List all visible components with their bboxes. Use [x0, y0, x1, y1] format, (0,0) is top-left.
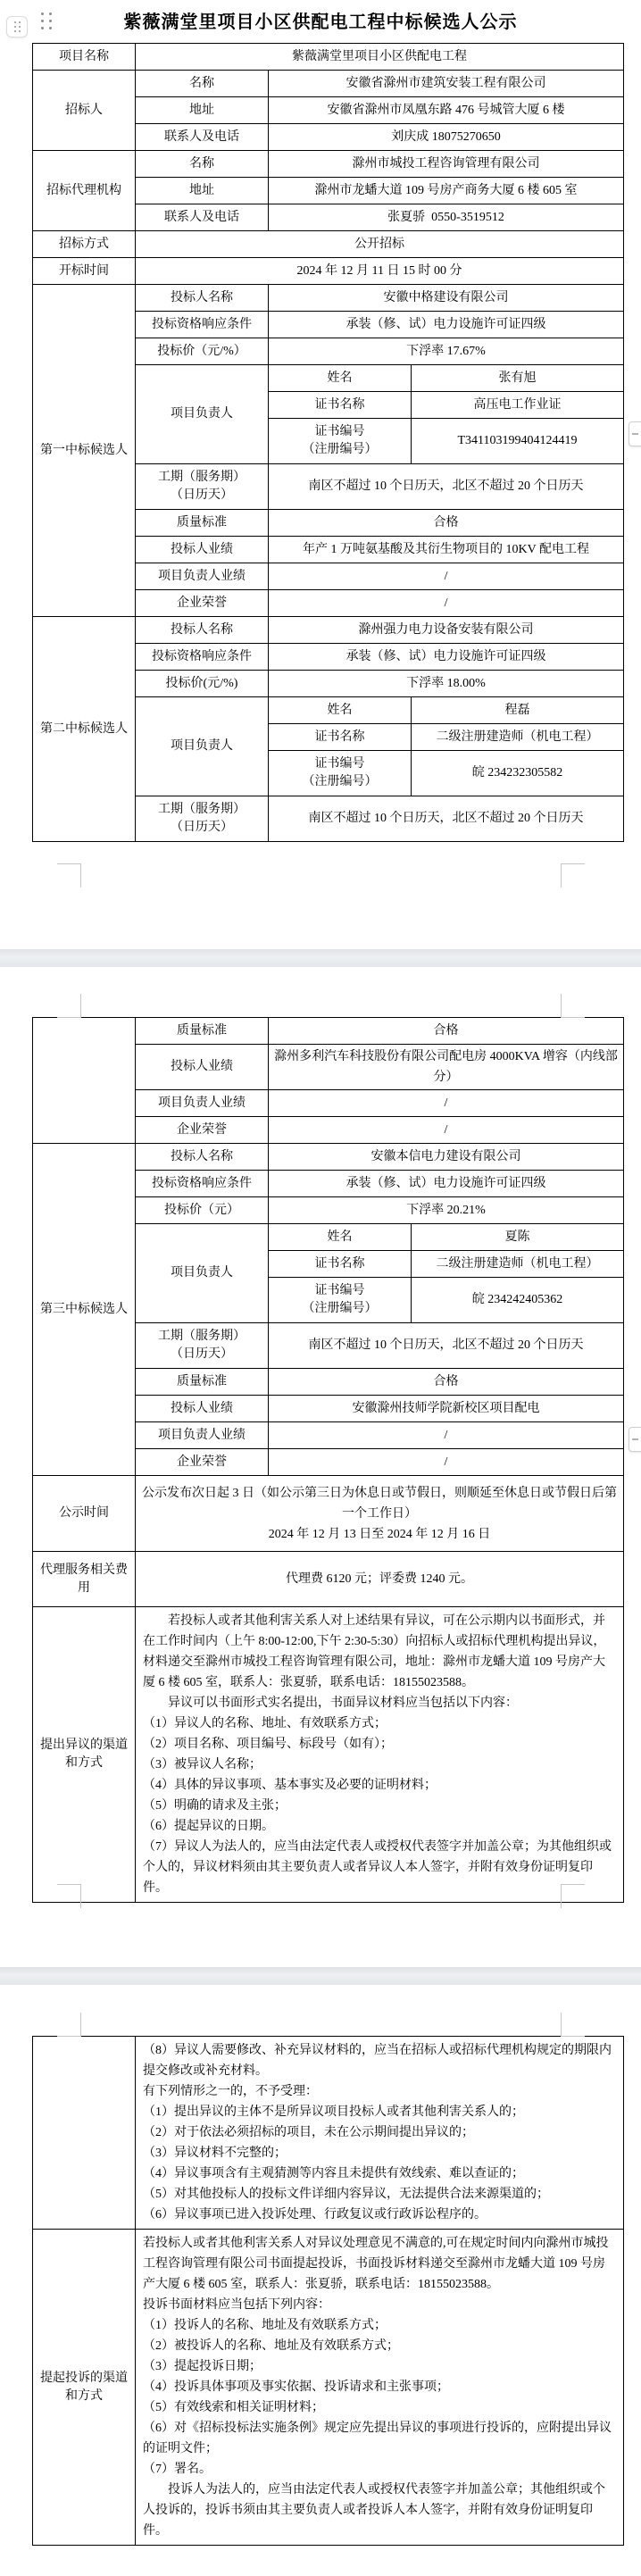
- page3-table: （8）异议人需要修改、补充异议材料的，应当在招标人或招标代理机构规定的期限内提交…: [32, 2036, 624, 2546]
- minus-icon: [632, 1438, 638, 1440]
- cell-value: 承装（修、试）电力设施许可证四级: [269, 644, 624, 671]
- cell-value: 姓名: [269, 1224, 412, 1251]
- minus-icon: [632, 433, 638, 435]
- cell-value: 皖 234232305582: [412, 751, 624, 796]
- cell-label: 项目负责人: [136, 1224, 269, 1323]
- cell-value: /: [269, 590, 624, 617]
- margin-corner-mark: [57, 994, 81, 1018]
- cell-value: 承装（修、试）电力设施许可证四级: [269, 1171, 624, 1197]
- cell-value: 质量标准: [136, 1018, 269, 1045]
- page-break-band: [0, 1967, 641, 1985]
- collapse-widget-button[interactable]: [629, 421, 641, 446]
- margin-corner-mark: [561, 863, 585, 888]
- cell-value: 下浮率 17.67%: [269, 338, 624, 365]
- cell-label: 招标方式: [33, 231, 136, 258]
- margin-corner-mark: [57, 2013, 81, 2037]
- page-title: 紫薇满堂里项目小区供配电工程中标候选人公示: [0, 7, 641, 33]
- cell-value: 滁州强力电力设备安装有限公司: [269, 617, 624, 644]
- cell-value: 合格: [269, 1018, 624, 1045]
- cell-value: 张夏骄 0550-3519512: [269, 204, 624, 231]
- cell-label: 证书编号 （注册编号）: [269, 419, 412, 464]
- cell-label: 招标人: [33, 71, 136, 151]
- cell-label: 工期（服务期） （日历天）: [136, 796, 269, 842]
- cell-value: 安徽省滁州市建筑安装工程有限公司: [269, 71, 624, 97]
- page2-table: 质量标准合格投标人业绩滁州多利汽车科技股份有限公司配电房 4000KVA 增容（…: [32, 1017, 624, 1903]
- cell-label: 投标价(元/%): [136, 671, 269, 697]
- margin-corner-mark: [57, 1884, 81, 1908]
- cell-label: 工期（服务期） （日历天）: [136, 1323, 269, 1369]
- cell-label: 第二中标候选人: [33, 617, 136, 842]
- cell-label: 项目名称: [33, 44, 136, 71]
- page-break-band: [0, 949, 641, 967]
- cell-label: 公示时间: [33, 1476, 136, 1552]
- cell-label: [33, 1018, 136, 1144]
- cell-value: 二级注册建造师（机电工程）: [412, 1251, 624, 1278]
- margin-corner-mark: [561, 1884, 585, 1908]
- cell-value: 滁州市城投工程咨询管理有限公司: [269, 151, 624, 178]
- cell-label: 证书名称: [269, 392, 412, 419]
- cell-value: 安徽省滁州市凤凰东路 476 号城管大厦 6 楼: [269, 97, 624, 124]
- cell-label: 质量标准: [136, 510, 269, 537]
- cell-value: 南区不超过 10 个日历天，北区不超过 20 个日历天: [269, 464, 624, 510]
- margin-corner-mark: [561, 2013, 585, 2037]
- cell-label: 联系人及电话: [136, 124, 269, 151]
- cell-label: 证书名称: [269, 724, 412, 751]
- cell-label: 招标代理机构: [33, 151, 136, 231]
- cell-value: T341103199404124419: [412, 419, 624, 464]
- cell-label: 证书编号 （注册编号）: [269, 1278, 412, 1323]
- margin-corner-mark: [561, 994, 585, 1018]
- cell-value: 安徽中格建设有限公司: [269, 285, 624, 312]
- cell-value: 滁州多利汽车科技股份有限公司配电房 4000KVA 增容（内线部 分）: [269, 1045, 624, 1090]
- cell-value: 若投标人或者其他利害关系人对异议处理意见不满意的,可在规定时间内向滁州市城投工程…: [136, 2230, 624, 2546]
- cell-value: （8）异议人需要修改、补充异议材料的，应当在招标人或招标代理机构规定的期限内提交…: [136, 2037, 624, 2230]
- cell-value: /: [269, 1422, 624, 1449]
- cell-value: 下浮率 18.00%: [269, 671, 624, 697]
- cell-value: 皖 234242405362: [412, 1278, 624, 1323]
- cell-label: 项目负责人业绩: [136, 1422, 269, 1449]
- cell-label: 项目负责人业绩: [136, 563, 269, 590]
- cell-label: 第一中标候选人: [33, 285, 136, 617]
- cell-label: 地址: [136, 97, 269, 124]
- cell-value: 紫薇满堂里项目小区供配电工程: [136, 44, 624, 71]
- cell-label: 项目负责人: [136, 365, 269, 464]
- cell-value: 公开招标: [136, 231, 624, 258]
- cell-value: 承装（修、试）电力设施许可证四级: [269, 312, 624, 338]
- cell-value: 夏陈: [412, 1224, 624, 1251]
- cell-label: 质量标准: [136, 1369, 269, 1396]
- cell-label: 项目负责人: [136, 697, 269, 796]
- document-viewport: 紫薇满堂里项目小区供配电工程中标候选人公示 项目名称紫薇满堂里项目小区供配电工程…: [0, 0, 641, 2576]
- cell-value: 若投标人或者其他利害关系人对上述结果有异议，可在公示期内以书面形式，并在工作时间…: [136, 1607, 624, 1903]
- cell-value: 姓名: [269, 365, 412, 392]
- cell-value: 姓名: [269, 697, 412, 724]
- cell-label: 投标人业绩: [136, 1045, 269, 1090]
- cell-value: 安徽本信电力建设有限公司: [269, 1144, 624, 1171]
- cell-label: 企业荣誉: [136, 1449, 269, 1476]
- cell-value: 二级注册建造师（机电工程）: [412, 724, 624, 751]
- collapse-widget-button[interactable]: [629, 1427, 641, 1452]
- cell-value: 投标人名称: [136, 1144, 269, 1171]
- cell-value: 年产 1 万吨氨基酸及其衍生物项目的 10KV 配电工程: [269, 537, 624, 563]
- cell-value: /: [269, 1449, 624, 1476]
- cell-value: 高压电工作业证: [412, 392, 624, 419]
- cell-value: 合格: [269, 1369, 624, 1396]
- cell-value: 代理费 6120 元；评委费 1240 元。: [136, 1552, 624, 1607]
- cell-value: 安徽滁州技师学院新校区项目配电: [269, 1396, 624, 1422]
- cell-value: 程磊: [412, 697, 624, 724]
- cell-value: 合格: [269, 510, 624, 537]
- cell-label: 工期（服务期） （日历天）: [136, 464, 269, 510]
- cell-label: 开标时间: [33, 258, 136, 285]
- cell-value: 投标人名称: [136, 285, 269, 312]
- cell-label: 证书编号 （注册编号）: [269, 751, 412, 796]
- cell-value: /: [269, 563, 624, 590]
- cell-label: 提起投诉的渠道 和方式: [33, 2230, 136, 2546]
- cell-label: 投标资格响应条件: [136, 312, 269, 338]
- page1-table: 项目名称紫薇满堂里项目小区供配电工程招标人名称安徽省滁州市建筑安装工程有限公司地…: [32, 43, 624, 842]
- cell-value: 下浮率 20.21%: [269, 1197, 624, 1224]
- cell-label: 投标人业绩: [136, 1396, 269, 1422]
- cell-label: 投标资格响应条件: [136, 1171, 269, 1197]
- cell-label: 企业荣誉: [136, 1117, 269, 1144]
- cell-value: 张有旭: [412, 365, 624, 392]
- cell-label: 代理服务相关费 用: [33, 1552, 136, 1607]
- cell-value: 2024 年 12 月 11 日 15 时 00 分: [136, 258, 624, 285]
- cell-label: [33, 2037, 136, 2230]
- cell-label: 证书名称: [269, 1251, 412, 1278]
- cell-label: 投标价（元）: [136, 1197, 269, 1224]
- cell-value: 滁州市龙蟠大道 109 号房产商务大厦 6 楼 605 室: [269, 178, 624, 204]
- cell-value: /: [269, 1117, 624, 1144]
- cell-value: 名称: [136, 71, 269, 97]
- cell-value: 南区不超过 10 个日历天，北区不超过 20 个日历天: [269, 796, 624, 842]
- cell-value: 刘庆成 18075270650: [269, 124, 624, 151]
- cell-value: 公示发布次日起 3 日（如公示第三日为休息日或节假日，则顺延至休息日或节假日后第…: [136, 1476, 624, 1552]
- cell-value: 南区不超过 10 个日历天，北区不超过 20 个日历天: [269, 1323, 624, 1369]
- cell-label: 提出异议的渠道 和方式: [33, 1607, 136, 1903]
- cell-label: 联系人及电话: [136, 204, 269, 231]
- margin-corner-mark: [57, 863, 81, 888]
- cell-label: 企业荣誉: [136, 590, 269, 617]
- cell-value: 投标人名称: [136, 617, 269, 644]
- cell-label: 第三中标候选人: [33, 1144, 136, 1476]
- cell-label: 地址: [136, 178, 269, 204]
- cell-label: 投标人业绩: [136, 537, 269, 563]
- cell-label: 投标价（元/%）: [136, 338, 269, 365]
- cell-label: 投标资格响应条件: [136, 644, 269, 671]
- cell-label: 项目负责人业绩: [136, 1090, 269, 1117]
- cell-value: /: [269, 1090, 624, 1117]
- cell-value: 名称: [136, 151, 269, 178]
